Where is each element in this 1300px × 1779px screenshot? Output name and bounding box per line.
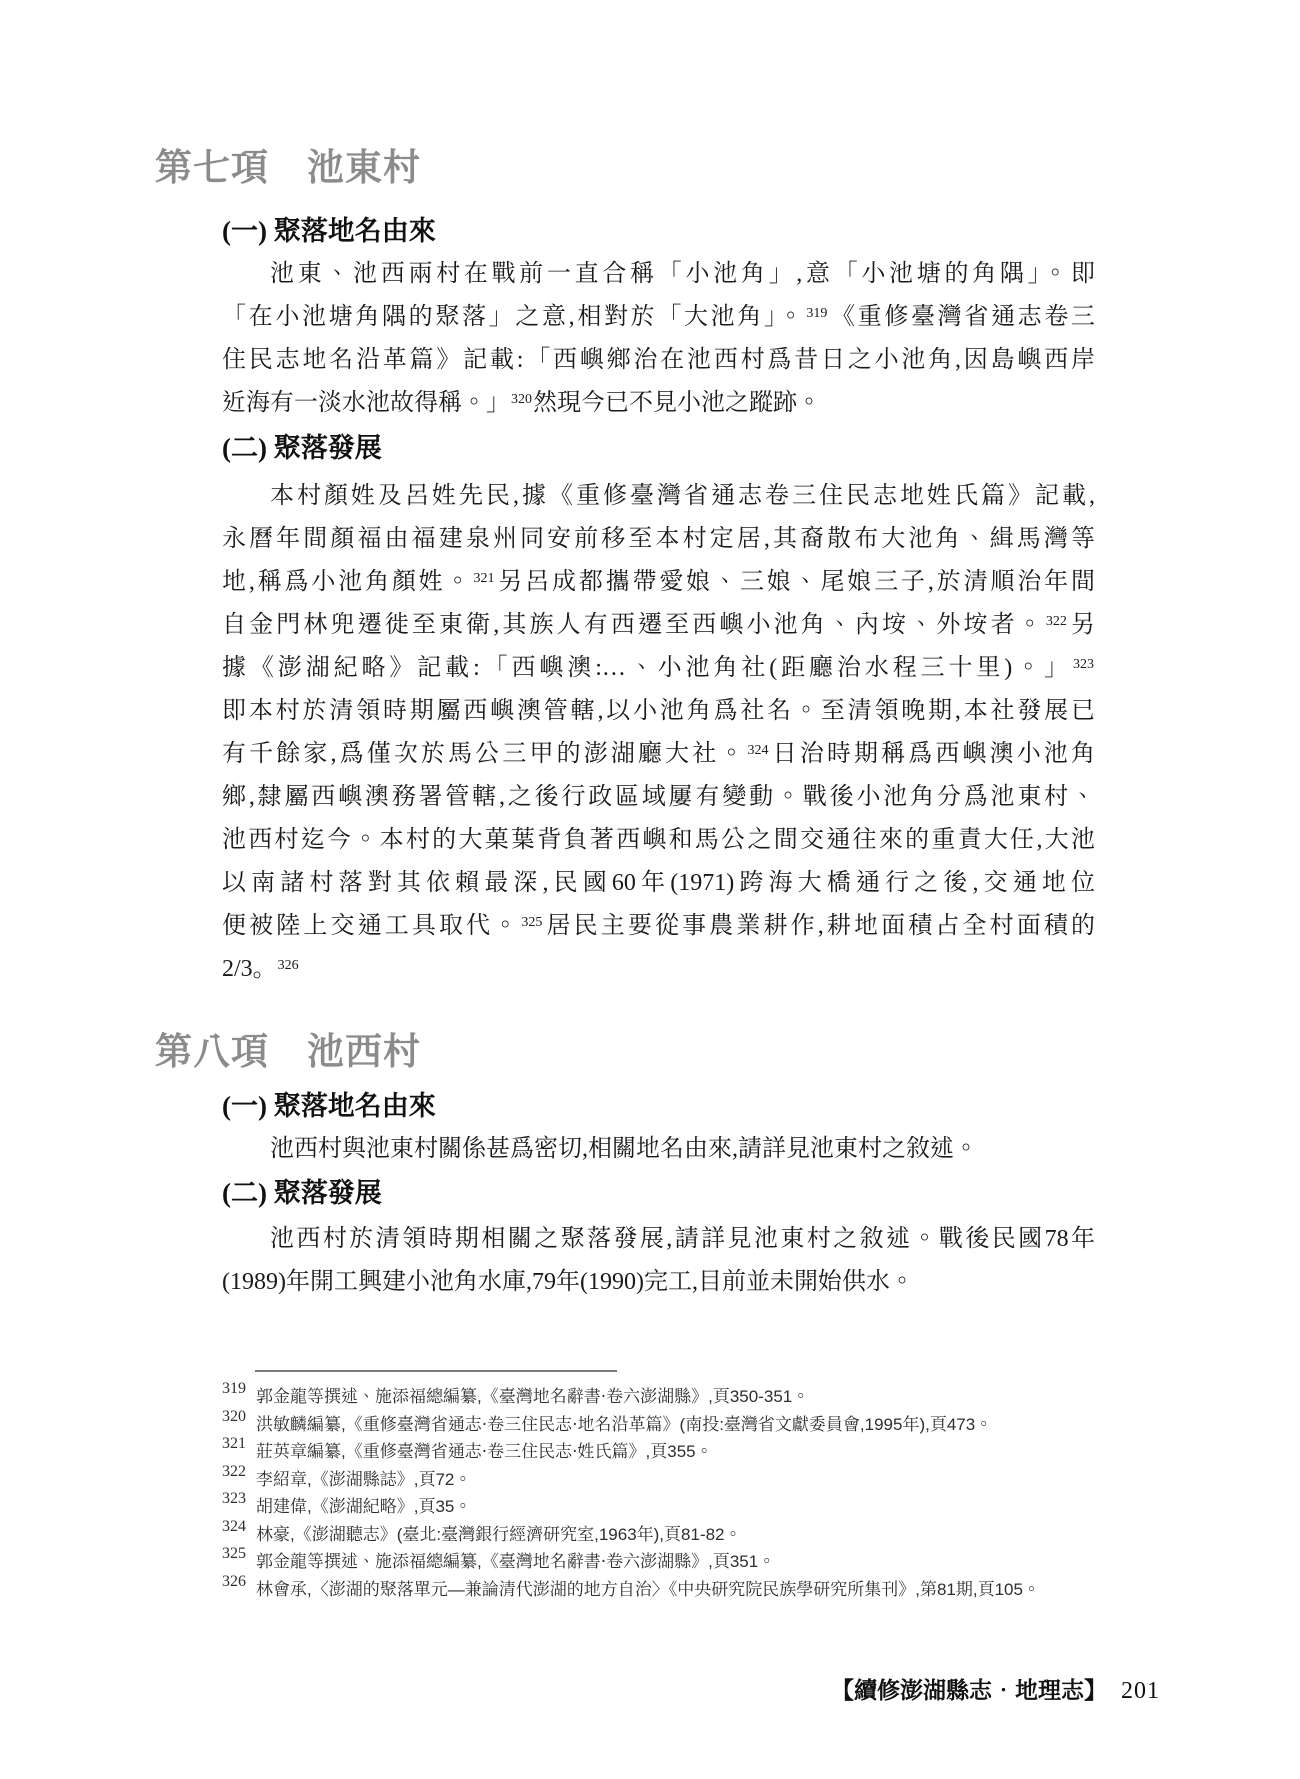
footnote: 325 郭金龍等撰述、施添福總編纂,《臺灣地名辭書‧卷六澎湖縣》,頁351。 — [222, 1548, 1095, 1576]
footnote-number: 324 — [222, 1518, 256, 1536]
text-line: 近海有一淡水池故得稱。」320然現今已不見小池之蹤跡。 — [222, 382, 1095, 425]
footnote-number: 319 — [222, 1380, 256, 1398]
footnote: 324 林豪,《澎湖聽志》(臺北:臺灣銀行經濟研究室,1963年),頁81-82… — [222, 1521, 1095, 1549]
page-footer: 【續修澎湖縣志‧地理志】201 — [0, 1672, 1160, 1705]
footnote-text: 郭金龍等撰述、施添福總編纂,《臺灣地名辭書‧卷六澎湖縣》,頁350-351。 — [256, 1383, 809, 1411]
text-line: 自金門林兜遷徙至東衛,其族人有西遷至西嶼小池角、內垵、外垵者。322另 — [222, 604, 1095, 647]
footnote-number: 320 — [222, 1408, 256, 1426]
text-line: 池西村於清領時期相關之聚落發展,請詳見池東村之敘述。戰後民國78年 — [222, 1218, 1095, 1261]
footnote: 320 洪敏麟編纂,《重修臺灣省通志‧卷三住民志‧地名沿革篇》(南投:臺灣省文獻… — [222, 1411, 1095, 1439]
footnote: 322 李紹章,《澎湖縣誌》,頁72。 — [222, 1466, 1095, 1494]
footnote-text: 李紹章,《澎湖縣誌》,頁72。 — [256, 1466, 471, 1494]
text-line: 住民志地名沿革篇》記載:「西嶼鄉治在池西村爲昔日之小池角,因島嶼西岸 — [222, 339, 1095, 382]
document-page: { "document": { "sections": { "s7": { "h… — [0, 0, 1300, 1779]
footnote-number: 323 — [222, 1490, 256, 1508]
text-line: 據《澎湖紀略》記載:「西嶼澳:…、小池角社(距廳治水程三十里)。」323 — [222, 647, 1095, 690]
paragraph: 池西村於清領時期相關之聚落發展,請詳見池東村之敘述。戰後民國78年(1989)年… — [222, 1218, 1095, 1304]
footnote-text: 莊英章編纂,《重修臺灣省通志‧卷三住民志‧姓氏篇》,頁355。 — [256, 1438, 713, 1466]
subsection-heading: (一) 聚落地名由來 — [222, 210, 1095, 253]
section-heading: 第七項 池東村 — [155, 146, 1095, 190]
page-content: 第七項 池東村 (一) 聚落地名由來 池東、池西兩村在戰前一直合稱「小池角」,意… — [0, 0, 1300, 1603]
text-line: 即本村於清領時期屬西嶼澳管轄,以小池角爲社名。至清領晚期,本社發展已 — [222, 690, 1095, 733]
footnote: 323 胡建偉,《澎湖紀略》,頁35。 — [222, 1493, 1095, 1521]
footnote: 321 莊英章編纂,《重修臺灣省通志‧卷三住民志‧姓氏篇》,頁355。 — [222, 1438, 1095, 1466]
footnote-text: 郭金龍等撰述、施添福總編纂,《臺灣地名辭書‧卷六澎湖縣》,頁351。 — [256, 1548, 775, 1576]
text-line: 池西村與池東村關係甚爲密切,相關地名由來,請詳見池東村之敘述。 — [222, 1128, 1095, 1171]
text-line: 池東、池西兩村在戰前一直合稱「小池角」,意「小池塘的角隅」。即 — [222, 253, 1095, 296]
text-line: 池西村迄今。本村的大菓葉背負著西嶼和馬公之間交通往來的重責大任,大池 — [222, 819, 1095, 862]
section-heading: 第八項 池西村 — [155, 1030, 1095, 1074]
paragraph: 池西村與池東村關係甚爲密切,相關地名由來,請詳見池東村之敘述。 — [222, 1128, 1095, 1171]
section-chidong: 第七項 池東村 (一) 聚落地名由來 池東、池西兩村在戰前一直合稱「小池角」,意… — [222, 146, 1095, 991]
text-line: 地,稱爲小池角顏姓。321另呂成都攜帶愛娘、三娘、尾娘三子,於清順治年間 — [222, 561, 1095, 604]
footnote-number: 322 — [222, 1463, 256, 1481]
text-line: 鄉,隸屬西嶼澳務署管轄,之後行政區域屢有變動。戰後小池角分爲池東村、 — [222, 776, 1095, 819]
text-line: 永曆年間顏福由福建泉州同安前移至本村定居,其裔散布大池角、緝馬灣等 — [222, 518, 1095, 561]
footnote-text: 胡建偉,《澎湖紀略》,頁35。 — [256, 1493, 471, 1521]
section-chixi: 第八項 池西村 (一) 聚落地名由來 池西村與池東村關係甚爲密切,相關地名由來,… — [222, 1030, 1095, 1304]
text-line: 便被陸上交通工具取代。325居民主要從事農業耕作,耕地面積占全村面積的 — [222, 905, 1095, 948]
footnote-text: 洪敏麟編纂,《重修臺灣省通志‧卷三住民志‧地名沿革篇》(南投:臺灣省文獻委員會,… — [256, 1411, 992, 1439]
footnote-number: 321 — [222, 1435, 256, 1453]
subsection-heading: (一) 聚落地名由來 — [222, 1085, 1095, 1128]
page-number: 201 — [1121, 1678, 1160, 1704]
footnote-number: 326 — [222, 1573, 256, 1591]
footnote: 326 林會承,〈澎湖的聚落單元—兼論清代澎湖的地方自治〉《中央研究院民族學研究… — [222, 1576, 1095, 1604]
footnote-text: 林豪,《澎湖聽志》(臺北:臺灣銀行經濟研究室,1963年),頁81-82。 — [256, 1521, 742, 1549]
paragraph: 池東、池西兩村在戰前一直合稱「小池角」,意「小池塘的角隅」。即「在小池塘角隅的聚… — [222, 253, 1095, 425]
book-title: 【續修澎湖縣志‧地理志】 — [831, 1678, 1107, 1703]
text-line: 以南諸村落對其依賴最深,民國60年(1971)跨海大橋通行之後,交通地位 — [222, 862, 1095, 905]
text-line: 「在小池塘角隅的聚落」之意,相對於「大池角」。319《重修臺灣省通志卷三 — [222, 296, 1095, 339]
footnote-text: 林會承,〈澎湖的聚落單元—兼論清代澎湖的地方自治〉《中央研究院民族學研究所集刊》… — [256, 1576, 1040, 1604]
paragraph: 本村顏姓及呂姓先民,據《重修臺灣省通志卷三住民志地姓氏篇》記載,永曆年間顏福由福… — [222, 475, 1095, 991]
footnotes-list: 319 郭金龍等撰述、施添福總編纂,《臺灣地名辭書‧卷六澎湖縣》,頁350-35… — [222, 1383, 1095, 1603]
footnote: 319 郭金龍等撰述、施添福總編纂,《臺灣地名辭書‧卷六澎湖縣》,頁350-35… — [222, 1383, 1095, 1411]
text-line: 2/3。326 — [222, 948, 1095, 991]
subsection-heading: (二) 聚落發展 — [222, 1172, 1095, 1215]
footnote-number: 325 — [222, 1545, 256, 1563]
footnote-separator — [255, 1370, 617, 1372]
text-line: 本村顏姓及呂姓先民,據《重修臺灣省通志卷三住民志地姓氏篇》記載, — [222, 475, 1095, 518]
text-line: 有千餘家,爲僅次於馬公三甲的澎湖廳大社。324日治時期稱爲西嶼澳小池角 — [222, 733, 1095, 776]
subsection-heading: (二) 聚落發展 — [222, 427, 1095, 470]
text-line: (1989)年開工興建小池角水庫,79年(1990)完工,目前並未開始供水。 — [222, 1261, 1095, 1304]
